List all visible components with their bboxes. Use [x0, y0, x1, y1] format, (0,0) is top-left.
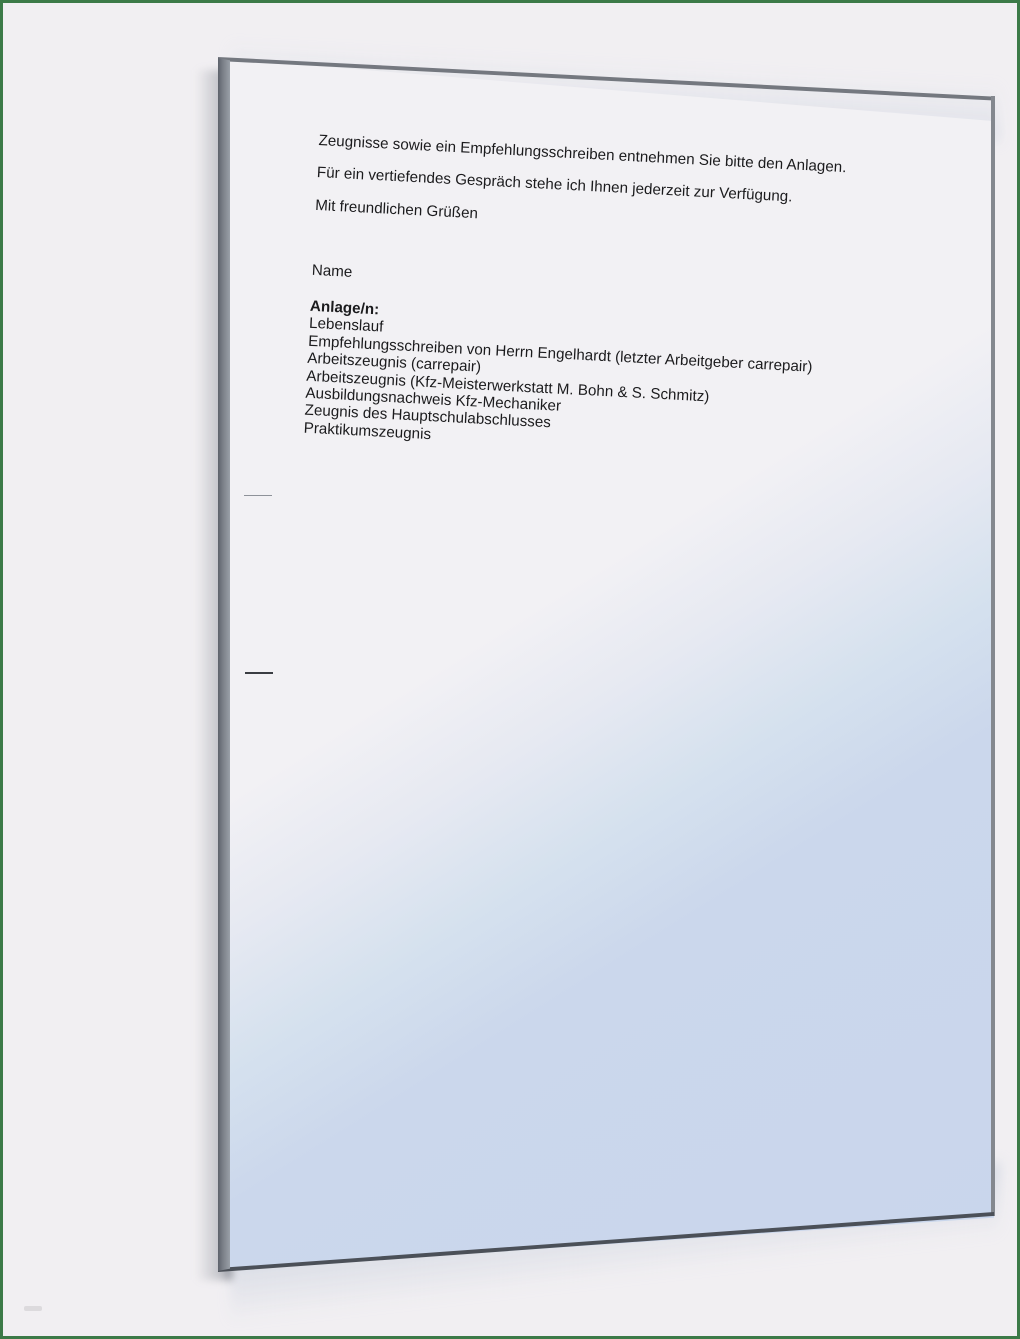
punch-mark [245, 672, 273, 674]
fold-mark [244, 495, 272, 496]
letter-content: Zeugnisse sowie ein Empfehlungsschreiben… [303, 132, 938, 469]
page-edge-left [218, 58, 230, 1271]
watermark-mark [24, 1306, 42, 1311]
page-edge-right [991, 96, 995, 1216]
